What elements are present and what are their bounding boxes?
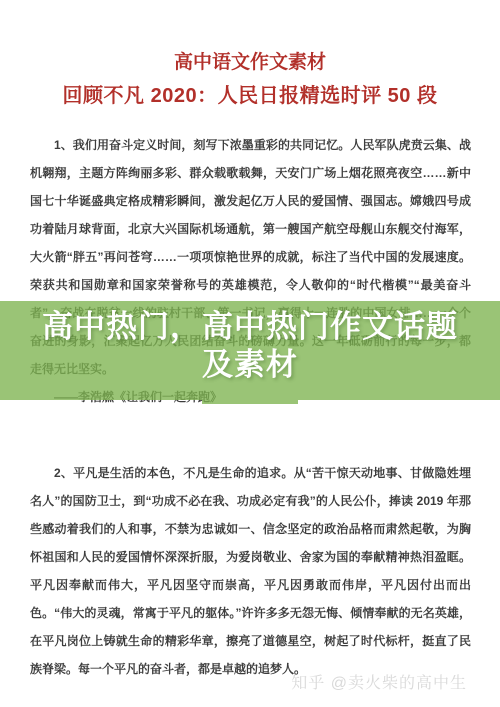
- overlay-title-line1: 高中热门，高中热门作文话题: [0, 308, 500, 346]
- zhihu-watermark: 知乎 @卖火柴的高中生: [291, 670, 467, 693]
- overlay-title-line2: 及素材: [0, 346, 500, 384]
- paragraph-2: 2、平凡是生活的本色，不凡是生命的追求。从“苦干惊天动地事、甘做隐姓埋名人”的国…: [30, 459, 471, 683]
- doc-title-line1: 高中语文作文素材: [0, 47, 500, 74]
- document-body: 1、我们用奋斗定义时间，刻写下浓墨重彩的共同记忆。人民军队虎贲云集、战机翱翔，主…: [30, 131, 471, 683]
- doc-title-line2: 回顾不凡 2020：人民日报精选时评 50 段: [0, 79, 500, 108]
- green-overlay-tab: [202, 400, 298, 404]
- document-page: 高中语文作文素材 回顾不凡 2020：人民日报精选时评 50 段 1、我们用奋斗…: [0, 0, 500, 707]
- green-overlay-banner: 高中热门，高中热门作文话题 及素材: [0, 301, 500, 400]
